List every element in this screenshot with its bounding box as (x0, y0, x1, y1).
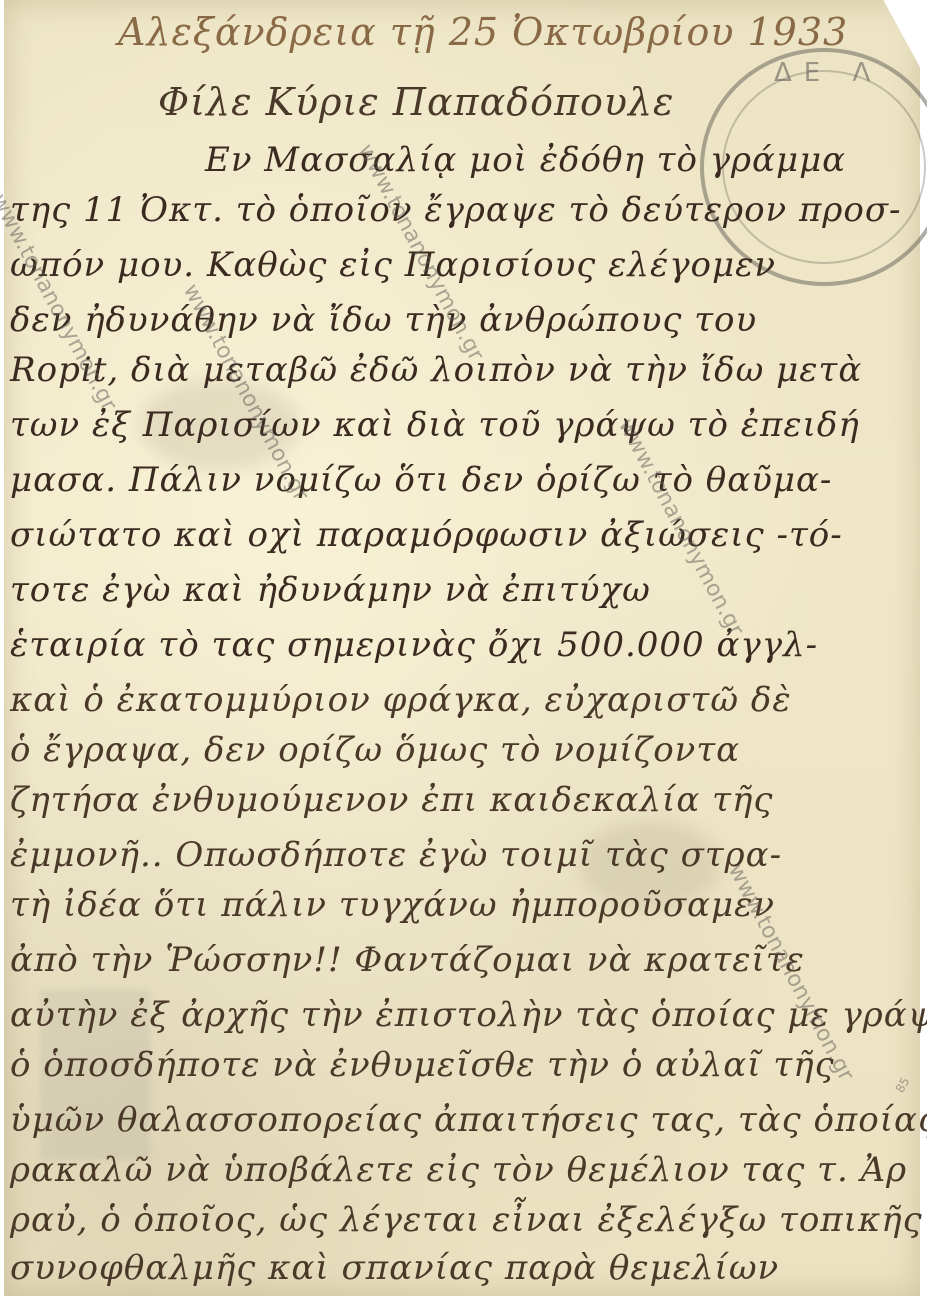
body-line: ζητήσα ἐνθυμούμενον ἐπι καιδεκαλία τῆς (10, 780, 773, 820)
body-line: ὑμῶν θαλασσοπορείας ἀπαιτήσεις τας, τὰς … (10, 1100, 927, 1140)
body-line: ωπόν μου. Καθὼς εἰς Παρισίους ελέγομεν (10, 245, 776, 285)
body-line: ἑταιρία τὸ τας σημερινὰς ὄχι 500.000 ἀγγ… (10, 625, 818, 665)
body-line: τὴ ἰδέα ὅτι πάλιν τυγχάνω ἠμποροῦσαμεν (10, 885, 775, 925)
body-line: μασα. Πάλιν νομίζω ὅτι δεν ὁρίζω τὸ θαῦμ… (10, 460, 832, 500)
postmark-text: ΔΕ Λ (774, 58, 882, 88)
body-line: Ropit, διὰ μεταβῶ ἐδῶ λοιπὸν νὰ τὴν ἴδω … (10, 350, 862, 390)
body-line: ραὐ, ὁ ὁποῖος, ὡς λέγεται εἶναι ἐξελέγξω… (10, 1200, 923, 1240)
body-line: συνοφθαλμῆς καὶ σπανίας παρὰ θεμελίων (10, 1248, 779, 1288)
body-line: ὁ ἔγραψα, δεν ορίζω ὅμως τὸ νομίζοντα (10, 730, 740, 770)
date-line: Αλεξάνδρεια τῇ 25 Ὀκτωβρίου 1933 (118, 10, 848, 54)
body-line: δεν ἠδυνάθην νὰ ἴδω τὴν ἀνθρώπους του (10, 300, 757, 340)
body-line: τοτε ἐγὼ καὶ ἠδυνάμην νὰ ἐπιτύχω (10, 570, 651, 610)
body-line: σιώτατο καὶ οχὶ παραμόρφωσιν ἀξιώσεις -τ… (10, 515, 843, 555)
salutation: Φίλε Κύριε Παπαδόπουλε (158, 80, 674, 124)
body-line: Εν Μασσαλίᾳ μοὶ ἐδόθη τὸ γράμμα (205, 140, 846, 180)
body-line: ὁ ὁποσδήποτε νὰ ἐνθυμεῖσθε τὴν ὁ αὐλαῖ τ… (10, 1045, 835, 1085)
body-line: ἀπὸ τὴν Ῥώσσην!! Φαντάζομαι νὰ κρατεῖτε (10, 940, 805, 980)
body-line: της 11 Ὀκτ. τὸ ὁποῖον ἔγραψε τὸ δεύτερον… (10, 190, 902, 230)
body-line: ἐμμονῆ.. Οπωσδήποτε ἐγὼ τοιμῖ τὰς στρα- (10, 835, 782, 875)
body-line: ρακαλῶ νὰ ὑποβάλετε εἰς τὸν θεμέλιον τας… (10, 1150, 907, 1190)
body-line: αὐτὴν ἐξ ἀρχῆς τὴν ἐπιστολὴν τὰς ὁποίας … (10, 995, 927, 1035)
body-line: καὶ ὁ ἐκατομμύριον φράγκα, εὐχαριστῶ δὲ (10, 680, 792, 720)
body-line: των ἐξ Παρισίων καὶ διὰ τοῦ γράψω τὸ ἐπε… (10, 405, 860, 445)
